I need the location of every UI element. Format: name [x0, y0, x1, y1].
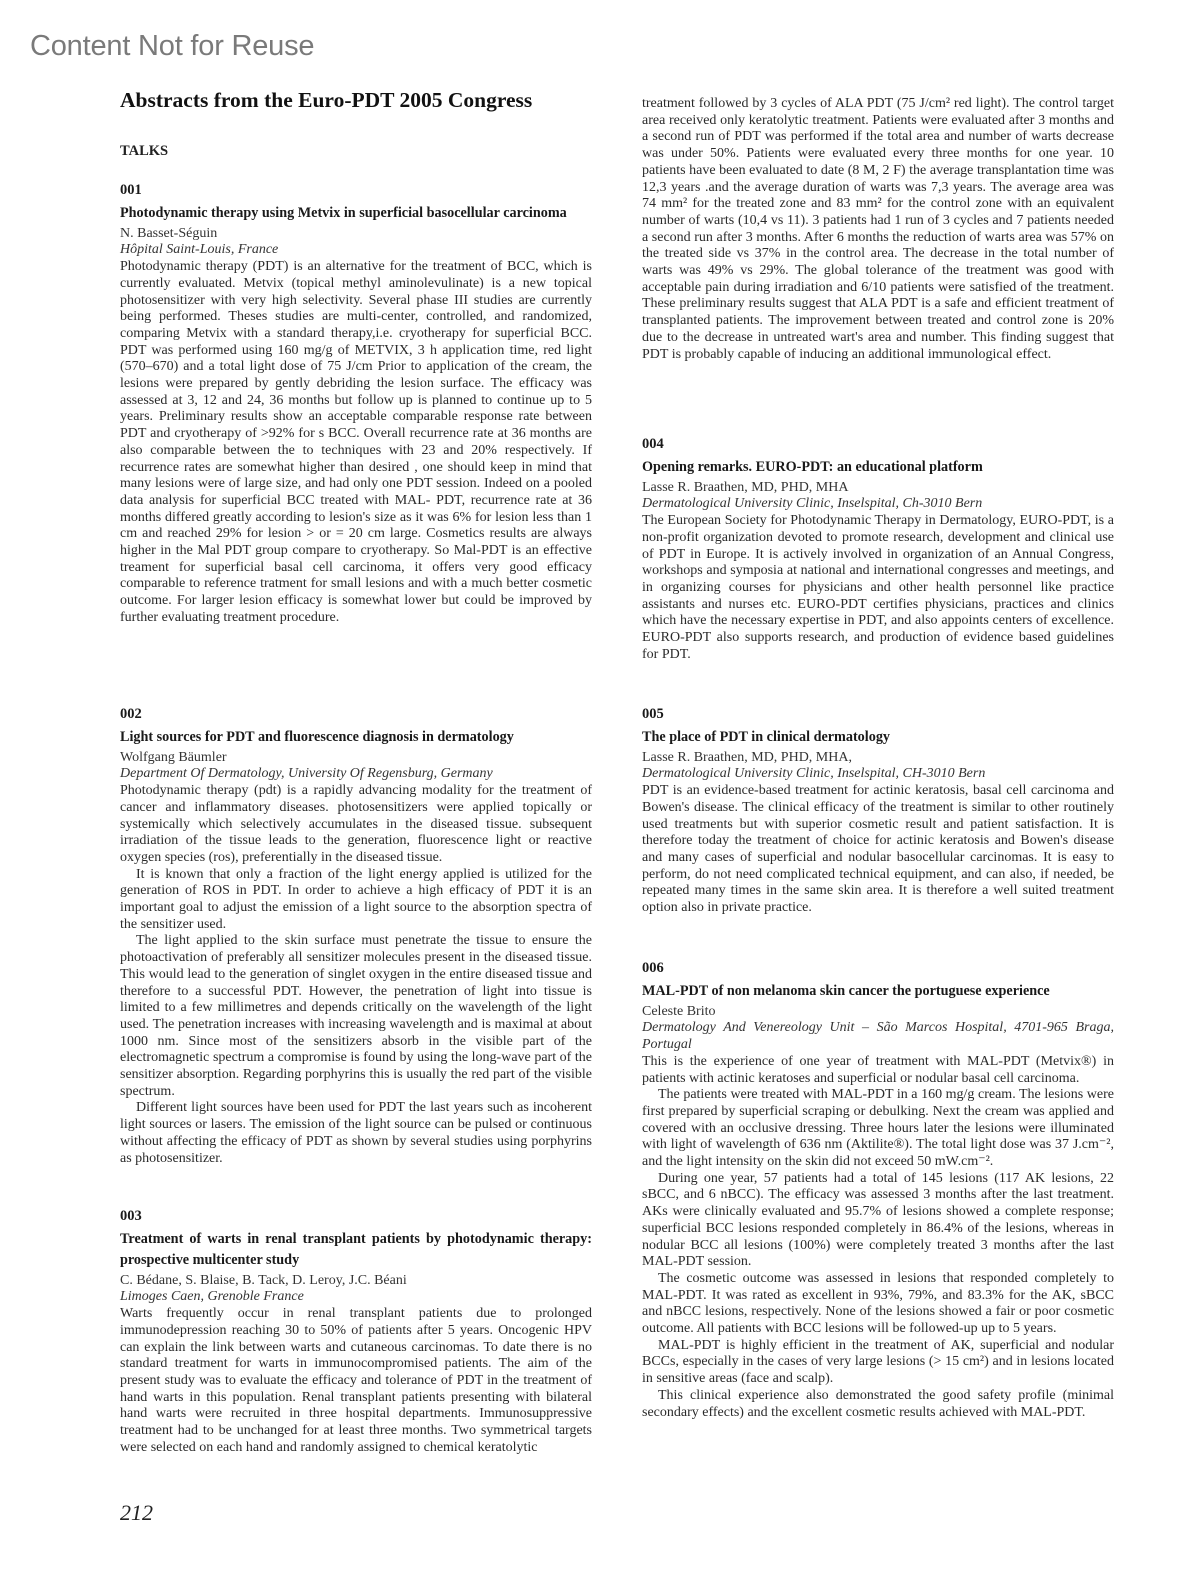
abstract-body: Photodynamic therapy (pdt) is a rapidly …: [120, 783, 592, 1167]
abstract-paragraph: The light applied to the skin surface mu…: [120, 933, 592, 1100]
abstract-title: Opening remarks. EURO-PDT: an educationa…: [642, 457, 1114, 478]
abstract-paragraph: treatment followed by 3 cycles of ALA PD…: [642, 96, 1114, 363]
abstract-paragraph: The patients were treated with MAL-PDT i…: [642, 1087, 1114, 1171]
abstract-affiliation: Dermatological University Clinic, Insels…: [642, 766, 1114, 783]
abstract-title: The place of PDT in clinical dermatology: [642, 727, 1114, 748]
abstract-body: Warts frequently occur in renal transpla…: [120, 1306, 592, 1456]
abstract-title: Light sources for PDT and fluorescence d…: [120, 727, 592, 748]
abstract-title: MAL-PDT of non melanoma skin cancer the …: [642, 981, 1114, 1002]
abstract-body: Photodynamic therapy (PDT) is an alterna…: [120, 259, 592, 626]
abstract-paragraph: This is the experience of one year of tr…: [642, 1054, 1114, 1087]
abstract-number: 006: [642, 960, 1114, 977]
abstract-paragraph: Photodynamic therapy (pdt) is a rapidly …: [120, 783, 592, 867]
abstract-body: PDT is an evidence-based treatment for a…: [642, 783, 1114, 917]
abstract-body: The European Society for Photodynamic Th…: [642, 513, 1114, 663]
abstract-paragraph: The cosmetic outcome was assessed in les…: [642, 1271, 1114, 1338]
abstract-authors: Celeste Brito: [642, 1004, 1114, 1021]
abstract-004: 004 Opening remarks. EURO-PDT: an educat…: [642, 436, 1114, 663]
watermark: Content Not for Reuse: [30, 30, 314, 63]
abstract-paragraph: MAL-PDT is highly efficient in the treat…: [642, 1338, 1114, 1388]
abstract-paragraph: This clinical experience also demonstrat…: [642, 1388, 1114, 1421]
abstract-paragraph: PDT is an evidence-based treatment for a…: [642, 783, 1114, 917]
abstract-authors: C. Bédane, S. Blaise, B. Tack, D. Leroy,…: [120, 1273, 592, 1290]
abstract-authors: Lasse R. Braathen, MD, PHD, MHA: [642, 480, 1114, 497]
abstract-authors: Wolfgang Bäumler: [120, 750, 592, 767]
page-number: 212: [120, 1500, 153, 1526]
abstract-002: 002 Light sources for PDT and fluorescen…: [120, 706, 592, 1167]
abstract-001: 001 Photodynamic therapy using Metvix in…: [120, 182, 592, 627]
abstract-affiliation: Department Of Dermatology, University Of…: [120, 766, 592, 783]
abstract-006: 006 MAL-PDT of non melanoma skin cancer …: [642, 960, 1114, 1421]
abstract-number: 004: [642, 436, 1114, 453]
abstract-number: 001: [120, 182, 592, 199]
abstract-paragraph: Photodynamic therapy (PDT) is an alterna…: [120, 259, 592, 626]
abstract-paragraph: The European Society for Photodynamic Th…: [642, 513, 1114, 663]
abstract-paragraph: It is known that only a fraction of the …: [120, 867, 592, 934]
abstract-body: treatment followed by 3 cycles of ALA PD…: [642, 96, 1114, 363]
abstract-005: 005 The place of PDT in clinical dermato…: [642, 706, 1114, 917]
abstract-authors: N. Basset-Séguin: [120, 226, 592, 243]
abstract-number: 003: [120, 1208, 592, 1225]
abstract-003-continuation: treatment followed by 3 cycles of ALA PD…: [642, 96, 1114, 363]
abstract-paragraph: Different light sources have been used f…: [120, 1100, 592, 1167]
abstract-number: 005: [642, 706, 1114, 723]
abstract-body: This is the experience of one year of tr…: [642, 1054, 1114, 1421]
abstract-authors: Lasse R. Braathen, MD, PHD, MHA,: [642, 750, 1114, 767]
abstract-003: 003 Treatment of warts in renal transpla…: [120, 1208, 592, 1456]
abstract-paragraph: Warts frequently occur in renal transpla…: [120, 1306, 592, 1456]
abstract-title: Photodynamic therapy using Metvix in sup…: [120, 203, 592, 224]
abstract-affiliation: Limoges Caen, Grenoble France: [120, 1289, 592, 1306]
abstract-number: 002: [120, 706, 592, 723]
abstract-affiliation: Dermatology And Venereology Unit – São M…: [642, 1020, 1114, 1053]
abstract-affiliation: Dermatological University Clinic, Insels…: [642, 496, 1114, 513]
page-title: Abstracts from the Euro-PDT 2005 Congres…: [120, 88, 532, 113]
section-heading-talks: TALKS: [120, 143, 168, 160]
abstract-title: Treatment of warts in renal transplant p…: [120, 1229, 592, 1271]
abstract-paragraph: During one year, 57 patients had a total…: [642, 1171, 1114, 1271]
abstract-affiliation: Hôpital Saint-Louis, France: [120, 242, 592, 259]
